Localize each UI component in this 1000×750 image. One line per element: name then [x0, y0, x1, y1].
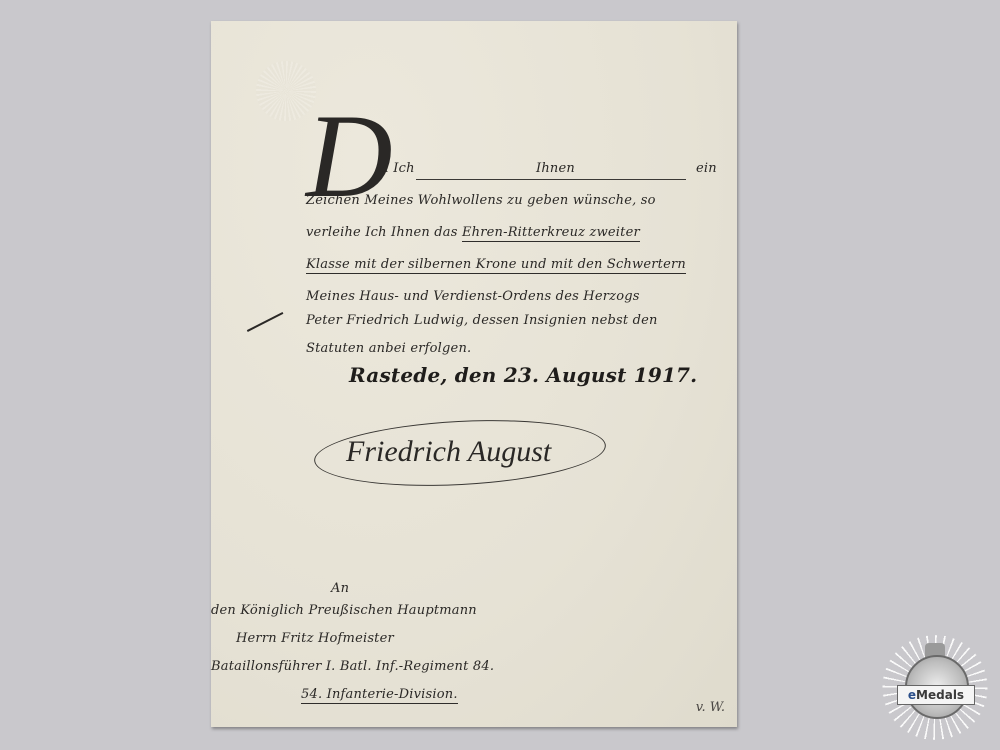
fill-in-word: Ihnen — [536, 161, 575, 176]
line1-start: a Ich — [381, 161, 415, 176]
recipient-line-4: 54. Infanterie-Division. — [301, 687, 458, 702]
fill-in-rule — [416, 179, 686, 180]
text-line-2: Zeichen Meines Wohlwollens zu geben wüns… — [306, 193, 656, 208]
place-and-date: Rastede, den 23. August 1917. — [349, 363, 697, 387]
text-line-7: Statuten anbei erfolgen. — [306, 341, 471, 356]
certificate-document: D a Ich Ihnen ein Zeichen Meines Wohlwol… — [211, 21, 737, 727]
recipient-salutation: An — [331, 581, 349, 596]
line1-end: ein — [696, 161, 717, 176]
text-line-5: Meines Haus- und Verdienst-Ordens des He… — [306, 289, 640, 304]
recipient-line-1: den Königlich Preußischen Hauptmann — [211, 603, 477, 618]
signature: Friedrich August — [346, 435, 551, 469]
emedals-watermark-logo: eMedals — [880, 635, 990, 740]
brand-name: Medals — [916, 688, 964, 702]
award-name-part1: Ehren-Ritterkreuz zweiter — [462, 225, 640, 242]
brand-prefix: e — [908, 688, 916, 702]
text-line-1: a Ich — [381, 161, 415, 176]
line3-start: verleihe Ich Ihnen das — [306, 225, 458, 240]
text-line-4: Klasse mit der silbernen Krone und mit d… — [306, 257, 686, 272]
recipient-name: Herrn Fritz Hofmeister — [236, 631, 394, 646]
text-line-6: Peter Friedrich Ludwig, dessen Insignien… — [306, 313, 658, 328]
division-name: 54. Infanterie-Division. — [301, 687, 458, 704]
award-name-part2: Klasse mit der silbernen Krone und mit d… — [306, 257, 686, 274]
signature-block: Friedrich August — [306, 413, 606, 513]
recipient-line-3: Bataillonsführer I. Batl. Inf.-Regiment … — [211, 659, 494, 674]
brand-banner: eMedals — [897, 685, 975, 705]
margin-mark — [247, 312, 283, 331]
text-line-3: verleihe Ich Ihnen das Ehren-Ritterkreuz… — [306, 225, 640, 240]
clerk-initials: v. W. — [696, 700, 725, 715]
